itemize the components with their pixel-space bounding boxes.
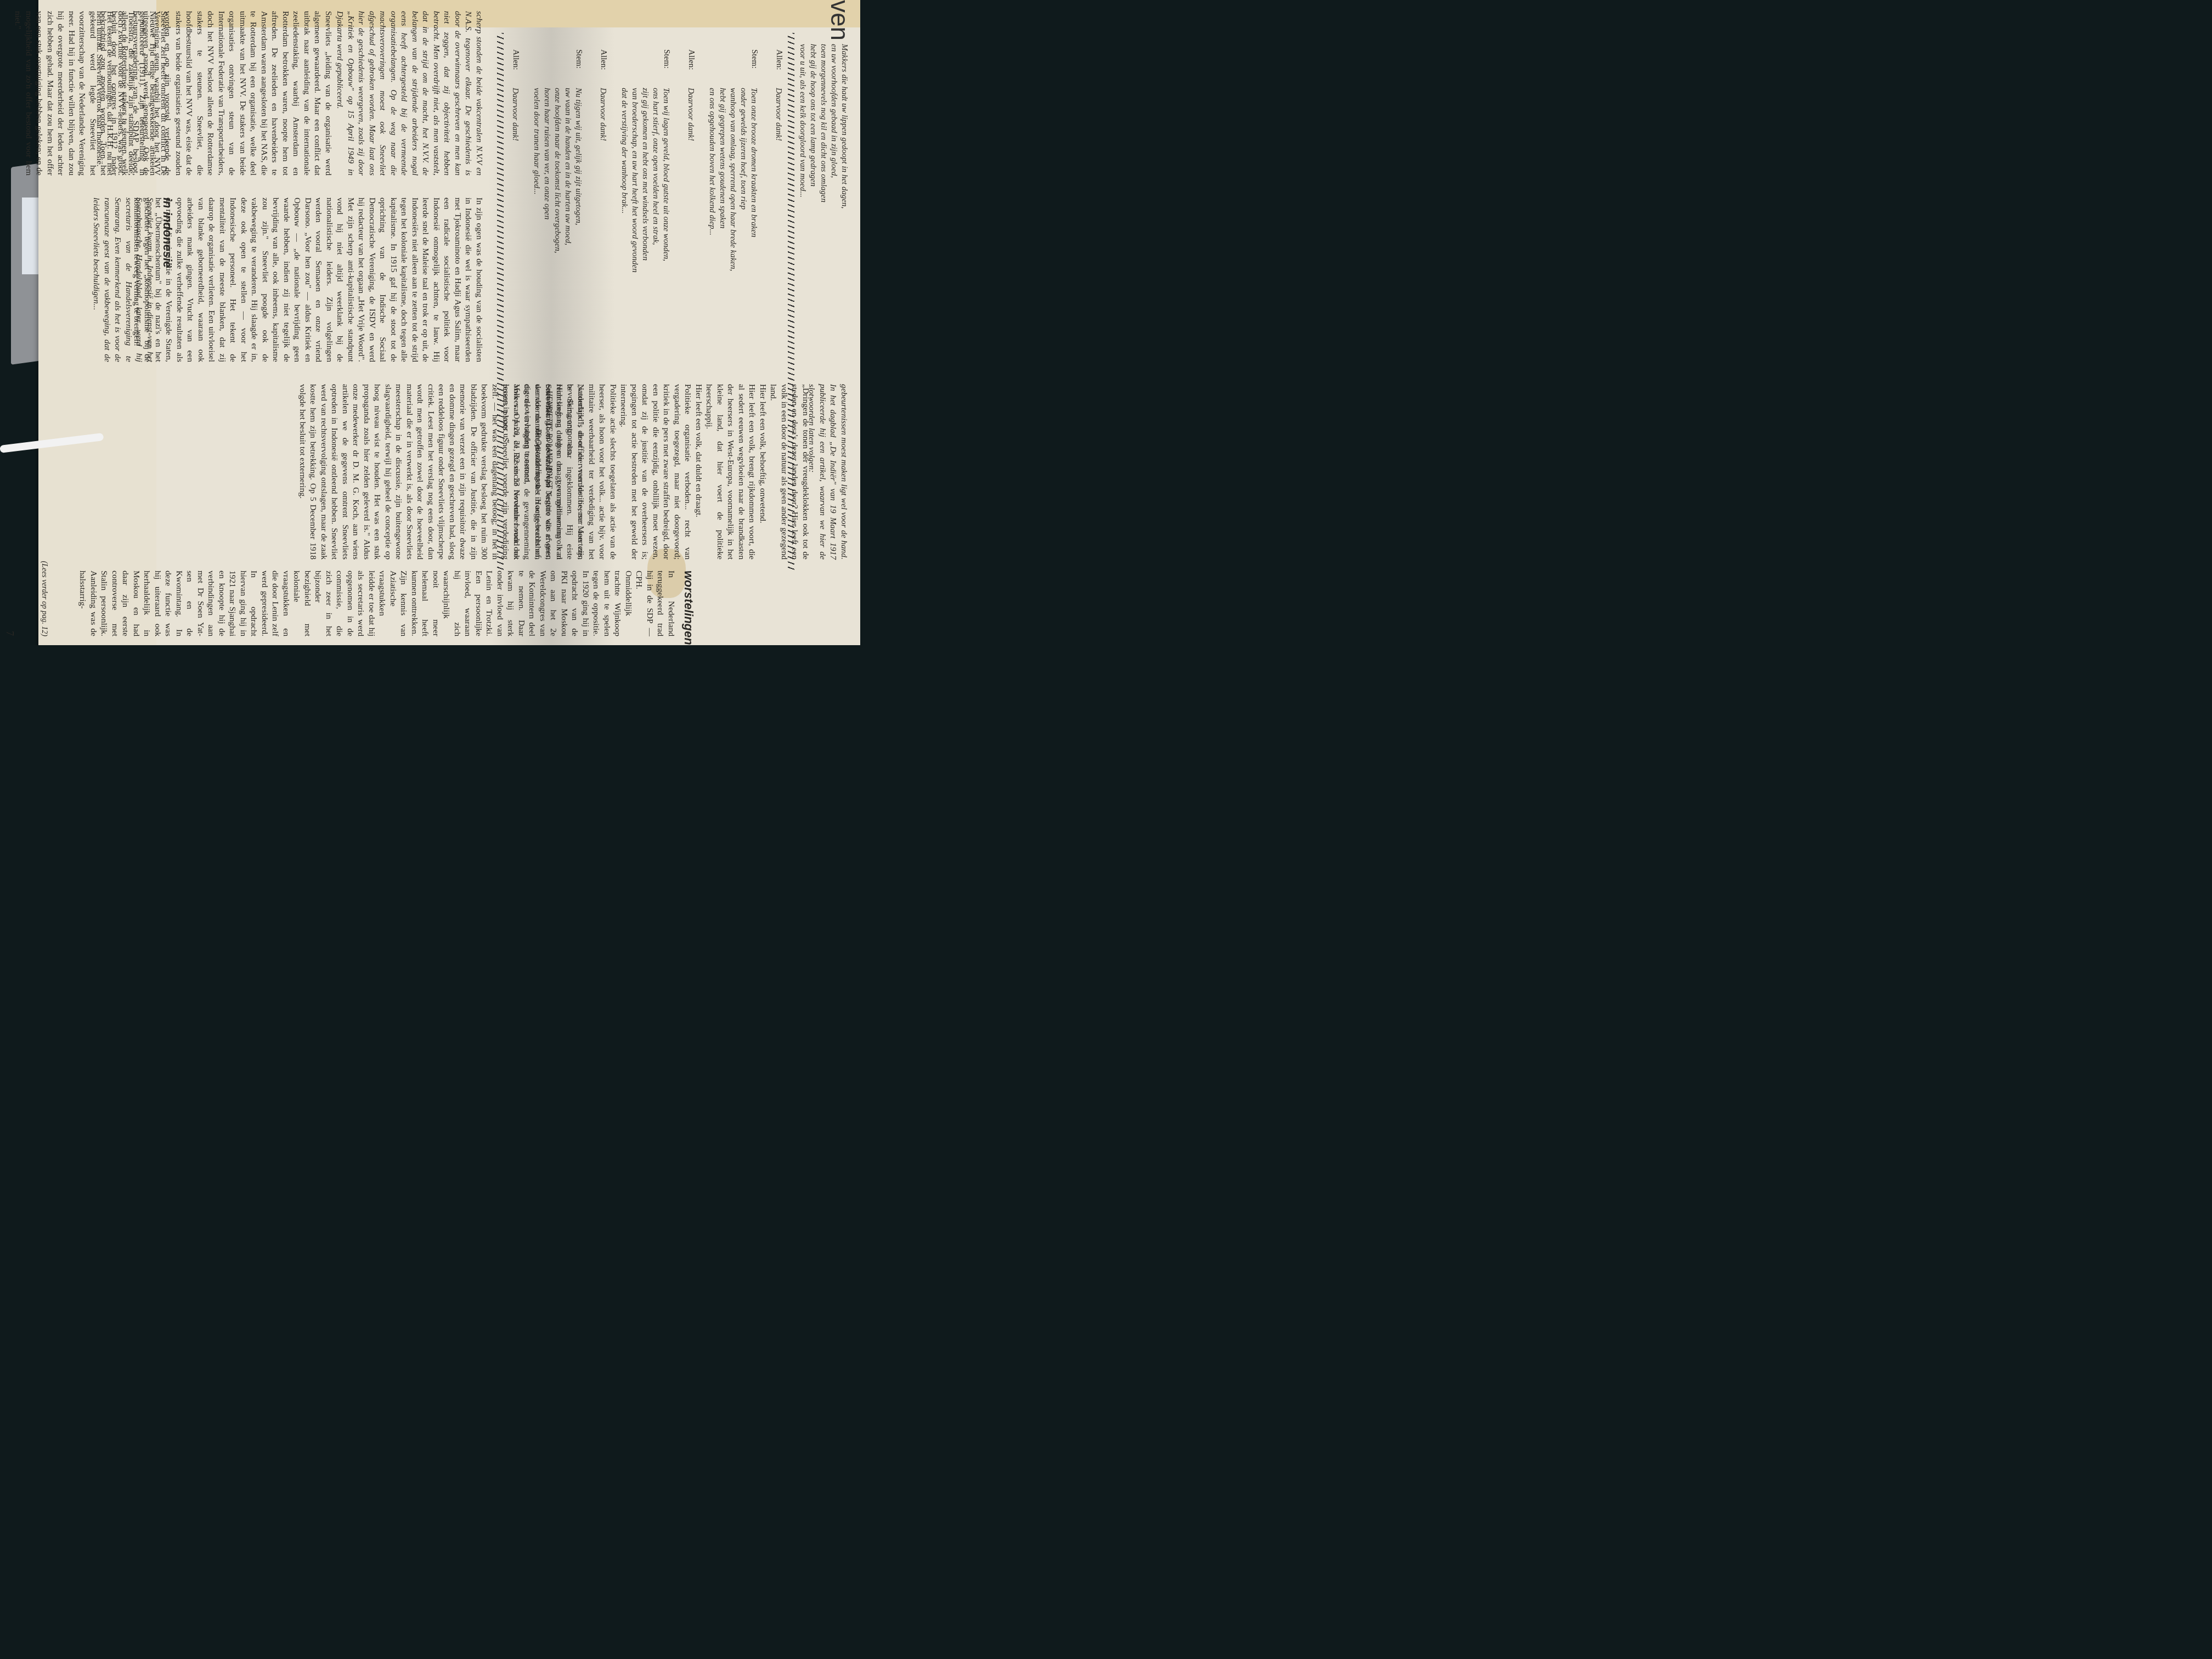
poem-speaker: Allen: xyxy=(599,49,608,70)
article-col-right-top: gebeurtenissen moest maken ligt wel voor… xyxy=(806,384,849,560)
headline-fragment: ven xyxy=(825,0,855,41)
poem-speaker: Allen: xyxy=(774,49,783,70)
article-col-left-quote: Sneevliets „leiding van de organisatie w… xyxy=(13,11,334,176)
page-number: 7 xyxy=(4,631,15,636)
article-col-left-close: Sneevliet zelf heeft omtrent dit conflic… xyxy=(94,11,170,176)
rotated-text-layer: ven Makkers die hadt uw lippen gedoopt i… xyxy=(0,0,860,645)
article-col-middle: In zijn ogen was de houding van de socia… xyxy=(132,198,485,362)
article-col-worstelingen: In Nederland teruggekeerd trad hij in de… xyxy=(77,571,676,636)
poem-speaker: Stem: xyxy=(662,49,671,69)
article-col-right-trial: Natuurlijk is de officier van Justitie, … xyxy=(297,384,586,560)
poem-speaker: Allen: xyxy=(511,49,520,70)
poem-speaker: Allen: xyxy=(686,49,696,70)
subhead-worstelingen: worstelingen xyxy=(681,571,696,645)
poem-line: Daarvoor dank! xyxy=(597,88,608,141)
poem-line: Daarvoor dank! xyxy=(773,88,783,141)
poem-speaker: Stem: xyxy=(574,49,583,69)
poem-line: Daarvoor dank! xyxy=(685,88,696,141)
poem-speaker: Stem: xyxy=(749,49,759,69)
poem-line: Daarvoor dank! xyxy=(510,88,520,141)
continued-note: (Lees verder op pag. 12) xyxy=(39,538,48,636)
article-col-left-intro: scherp stonden de beide vakcentralen N.V… xyxy=(335,11,484,176)
